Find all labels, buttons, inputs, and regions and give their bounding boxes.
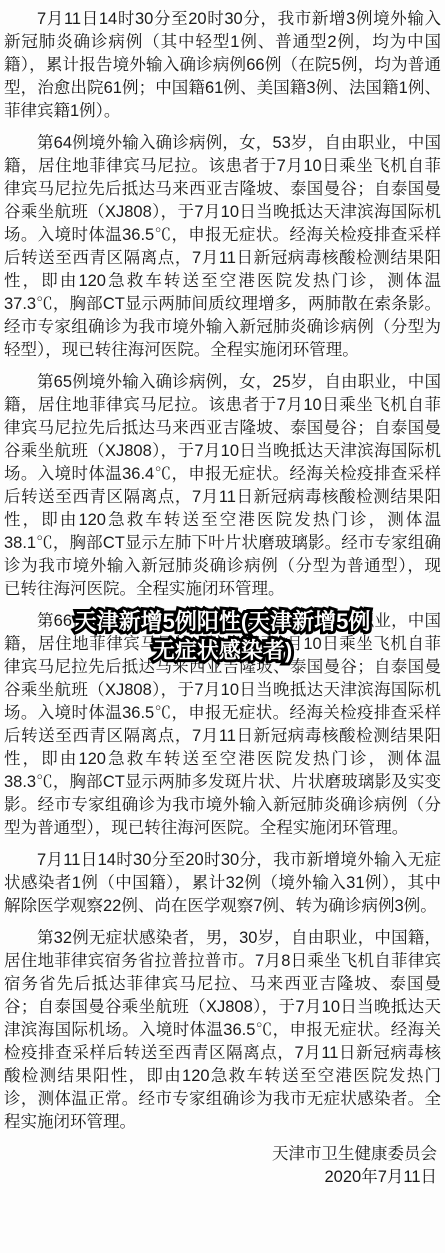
para-asymptomatic-summary: 7月11日14时30分至20时30分，我市新增境外输入无症状感染者1例（中国籍）…: [4, 849, 441, 918]
para-case-32-asymptomatic: 第32例无症状感染者，男，30岁，自由职业，中国籍，居住地菲律宾宿务省拉普拉普市…: [4, 927, 441, 1134]
para-case-64: 第64例境外输入确诊病例，女，53岁，自由职业，中国籍，居住地菲律宾马尼拉。该患…: [4, 132, 441, 362]
para-new-confirmed-summary: 7月11日14时30分至20时30分，我市新增3例境外输入新冠肺炎确诊病例（其中…: [4, 8, 441, 123]
para-case-66-wrapper: 第66例境外输入确诊病例，女，24岁，自由职业，中国籍，居住地菲律宾马尼拉。该患…: [4, 610, 441, 840]
para-case-66: 第66例境外输入确诊病例，女，24岁，自由职业，中国籍，居住地菲律宾马尼拉。该患…: [4, 612, 441, 837]
signature-org: 天津市卫生健康委员会: [4, 1143, 437, 1166]
announcement-document: 7月11日14时30分至20时30分，我市新增3例境外输入新冠肺炎确诊病例（其中…: [0, 0, 445, 1253]
signature-block: 天津市卫生健康委员会 2020年7月11日: [4, 1143, 441, 1189]
para-case-65: 第65例境外输入确诊病例，女，25岁，自由职业，中国籍，居住地菲律宾马尼拉。该患…: [4, 371, 441, 601]
signature-date: 2020年7月11日: [4, 1166, 437, 1189]
